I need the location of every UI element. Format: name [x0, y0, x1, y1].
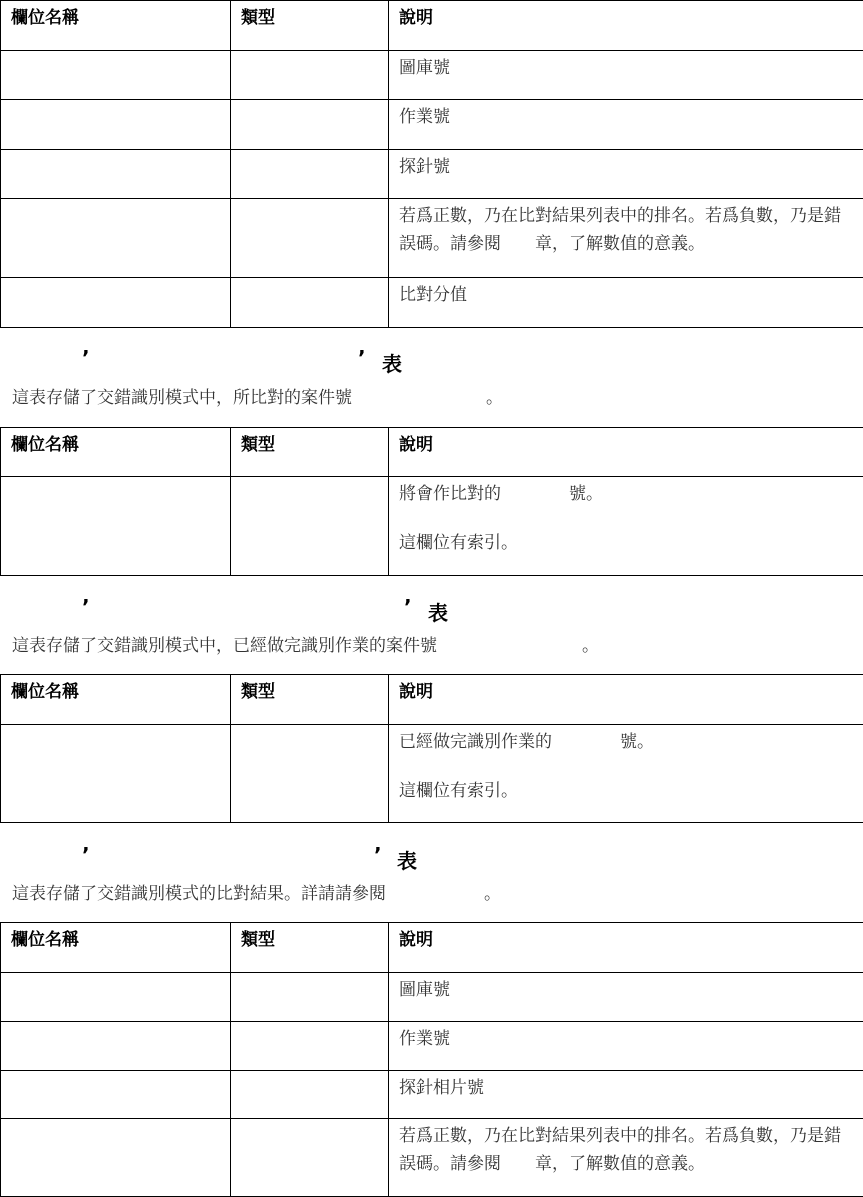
- column-header-name: 欄位名稱: [1, 428, 231, 477]
- column-header-description: 說明: [389, 428, 863, 477]
- field-type-cell: [231, 973, 389, 1022]
- table-row: 圖庫號: [1, 51, 863, 100]
- field-type-cell: [231, 477, 389, 576]
- field-type-cell: [231, 1071, 389, 1119]
- heading-suffix: 表: [382, 348, 402, 377]
- open-quote: ’: [82, 843, 90, 867]
- close-quote: ’: [374, 843, 382, 867]
- field-description-cell: 已經做完識別作業的 號。 這欄位有索引。: [389, 725, 863, 823]
- field-description-cell: 探針相片號: [389, 1071, 863, 1119]
- field-name-cell: [1, 725, 231, 823]
- field-description-cell: 作業號: [389, 1022, 863, 1071]
- field-description-cell: 將會作比對的 號。 這欄位有索引。: [389, 477, 863, 576]
- section-description-2: 這表存儲了交錯識別模式中，所比對的案件號 。: [12, 383, 352, 408]
- field-type-cell: [231, 1119, 389, 1197]
- table-row: 若爲正數，乃在比對結果列表中的排名。若爲負數，乃是錯誤碼。請參閱 章，了解數值的…: [1, 1119, 863, 1197]
- close-quote: ’: [404, 595, 412, 619]
- heading-suffix: 表: [397, 845, 417, 874]
- index-note: 這欄位有索引。: [399, 777, 853, 805]
- fields-table-4: 欄位名稱 類型 說明 圖庫號 作業號 探針相片號 若爲正數，乃在比對結果列表中的…: [0, 922, 863, 1197]
- field-name-cell: [1, 150, 231, 199]
- field-type-cell: [231, 150, 389, 199]
- open-quote: ’: [82, 346, 90, 370]
- table-header-row: 欄位名稱 類型 說明: [1, 1, 863, 51]
- column-header-type: 類型: [231, 923, 389, 973]
- table-row: 探針相片號: [1, 1071, 863, 1119]
- field-description-cell: 若爲正數，乃在比對結果列表中的排名。若爲負數，乃是錯誤碼。請參閱 章，了解數值的…: [389, 199, 863, 278]
- section-heading-2: ’ ’ 表: [0, 346, 863, 370]
- description-line: 已經做完識別作業的 號。: [399, 728, 853, 756]
- description-text: 這表存儲了交錯識別模式中，已經做完識別作業的案件號: [12, 636, 437, 656]
- field-type-cell: [231, 51, 389, 100]
- column-header-description: 說明: [389, 923, 863, 973]
- field-type-cell: [231, 725, 389, 823]
- table-row: 已經做完識別作業的 號。 這欄位有索引。: [1, 725, 863, 823]
- field-type-cell: [231, 278, 389, 328]
- field-description-cell: 比對分值: [389, 278, 863, 328]
- field-description-cell: 圖庫號: [389, 51, 863, 100]
- field-name-cell: [1, 477, 231, 576]
- table-header-row: 欄位名稱 類型 說明: [1, 923, 863, 973]
- description-line: 將會作比對的 號。: [399, 480, 853, 508]
- field-description-cell: 探針號: [389, 150, 863, 199]
- section-heading-3: ’ ’ 表: [0, 595, 863, 619]
- column-header-type: 類型: [231, 1, 389, 51]
- table-header-row: 欄位名稱 類型 說明: [1, 428, 863, 477]
- description-text: 這表存儲了交錯識別模式中，所比對的案件號: [12, 388, 352, 408]
- table-row: 將會作比對的 號。 這欄位有索引。: [1, 477, 863, 576]
- open-quote: ’: [82, 595, 90, 619]
- column-header-type: 類型: [231, 428, 389, 477]
- column-header-description: 說明: [389, 675, 863, 725]
- table-row: 圖庫號: [1, 973, 863, 1022]
- table-header-row: 欄位名稱 類型 說明: [1, 675, 863, 725]
- field-description-cell: 圖庫號: [389, 973, 863, 1022]
- description-end: 。: [486, 383, 503, 408]
- field-name-cell: [1, 100, 231, 150]
- table-row: 若爲正數，乃在比對結果列表中的排名。若爲負數，乃是錯誤碼。請參閱 章，了解數值的…: [1, 199, 863, 278]
- heading-suffix: 表: [428, 597, 448, 626]
- field-type-cell: [231, 199, 389, 278]
- column-header-name: 欄位名稱: [1, 675, 231, 725]
- field-name-cell: [1, 199, 231, 278]
- field-name-cell: [1, 1022, 231, 1071]
- field-name-cell: [1, 1119, 231, 1197]
- table-row: 作業號: [1, 1022, 863, 1071]
- column-header-type: 類型: [231, 675, 389, 725]
- section-description-4: 這表存儲了交錯識別模式的比對結果。詳請請參閱 。: [12, 879, 386, 904]
- field-name-cell: [1, 1071, 231, 1119]
- column-header-name: 欄位名稱: [1, 1, 231, 51]
- description-end: 。: [582, 631, 599, 656]
- close-quote: ’: [358, 346, 366, 370]
- field-name-cell: [1, 278, 231, 328]
- section-description-3: 這表存儲了交錯識別模式中，已經做完識別作業的案件號 。: [12, 631, 437, 656]
- fields-table-3: 欄位名稱 類型 說明 已經做完識別作業的 號。 這欄位有索引。: [0, 674, 863, 823]
- fields-table-2: 欄位名稱 類型 說明 將會作比對的 號。 這欄位有索引。: [0, 427, 863, 576]
- table-row: 作業號: [1, 100, 863, 150]
- field-name-cell: [1, 51, 231, 100]
- column-header-description: 說明: [389, 1, 863, 51]
- table-row: 探針號: [1, 150, 863, 199]
- description-text: 這表存儲了交錯識別模式的比對結果。詳請請參閱: [12, 884, 386, 904]
- fields-table-1: 欄位名稱 類型 說明 圖庫號 作業號 探針號 若爲正數，乃在比對結果列表中的排名…: [0, 0, 863, 328]
- description-end: 。: [484, 879, 501, 904]
- index-note: 這欄位有索引。: [399, 529, 853, 557]
- field-type-cell: [231, 100, 389, 150]
- field-description-cell: 作業號: [389, 100, 863, 150]
- field-name-cell: [1, 973, 231, 1022]
- field-type-cell: [231, 1022, 389, 1071]
- column-header-name: 欄位名稱: [1, 923, 231, 973]
- table-row: 比對分值: [1, 278, 863, 328]
- field-description-cell: 若爲正數，乃在比對結果列表中的排名。若爲負數，乃是錯誤碼。請參閱 章，了解數值的…: [389, 1119, 863, 1197]
- section-heading-4: ’ ’ 表: [0, 843, 863, 867]
